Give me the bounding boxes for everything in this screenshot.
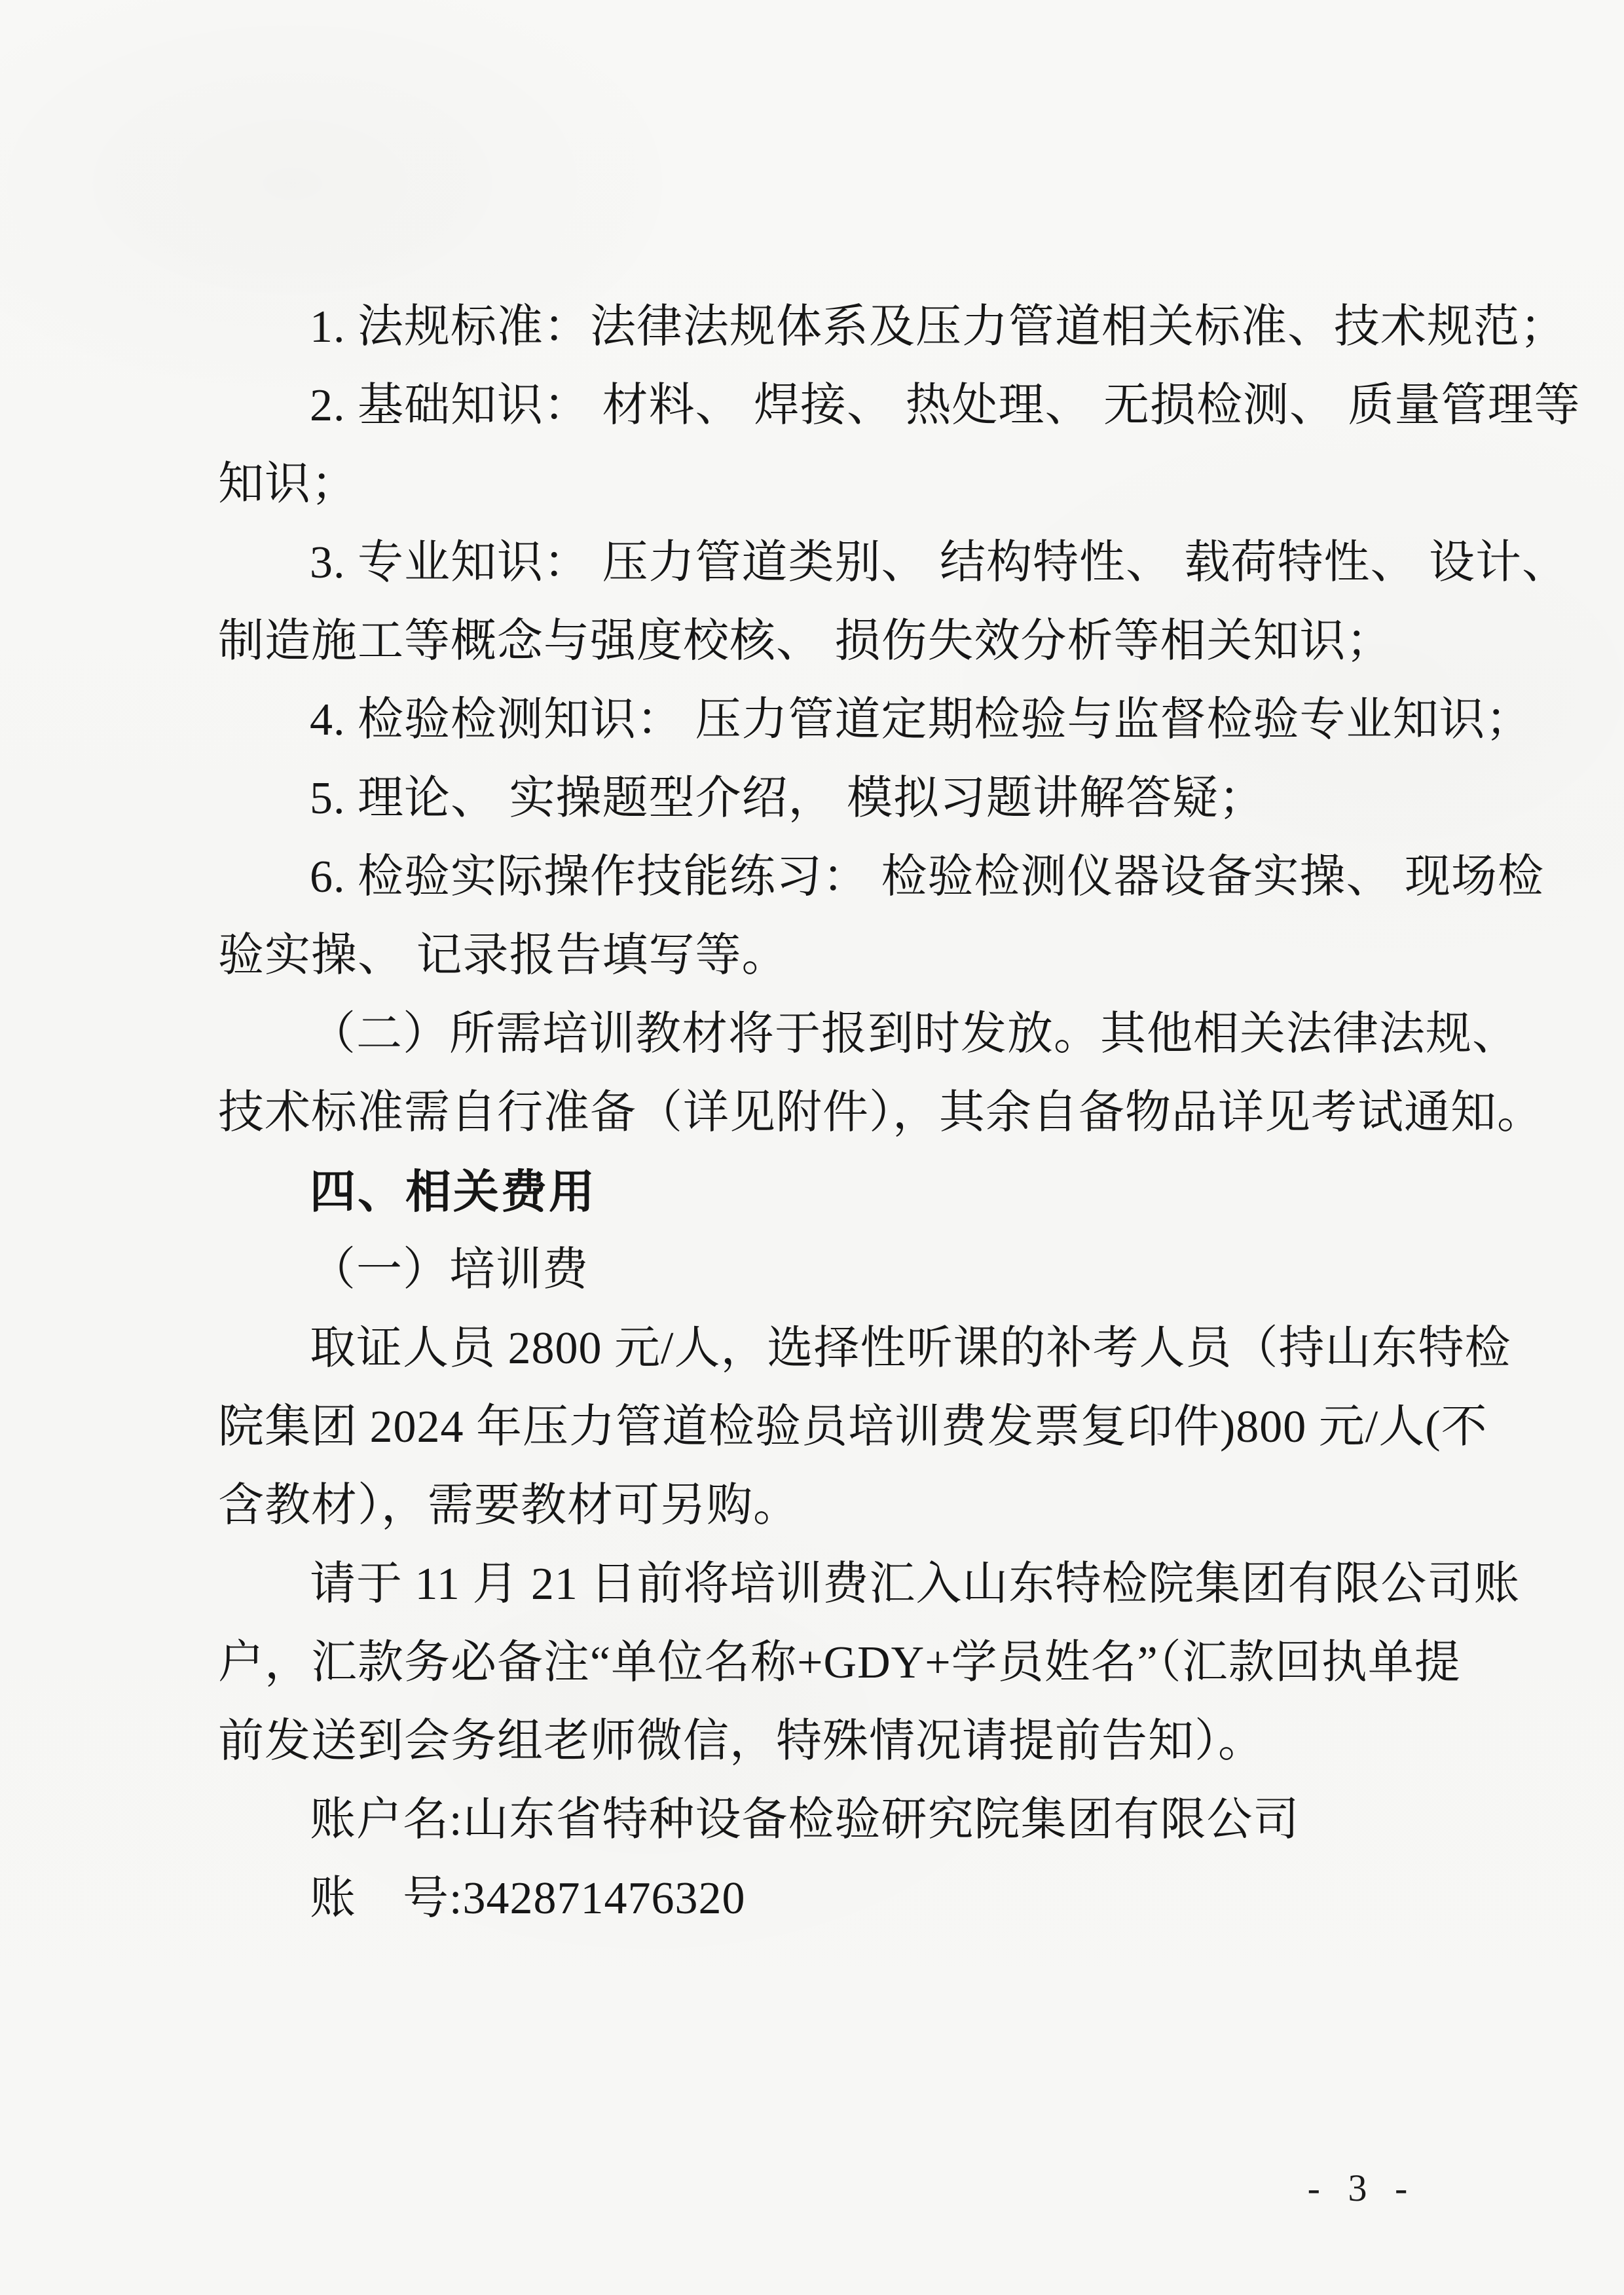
text-line: 技术标准需自行准备（详见附件），其余自备物品详见考试通知。 [218,1074,1443,1152]
account-number-line: 账 号:342871476320 [218,1860,1443,1938]
text-line: 知识； [218,445,1443,524]
text-line: 制造施工等概念与强度校核、 损伤失效分析等相关知识； [218,602,1443,681]
text-line: 3. 专业知识： 压力管道类别、 结构特性、 载荷特性、 设计、 [218,524,1443,602]
text-line: 5. 理论、 实操题型介绍， 模拟习题讲解答疑； [218,760,1443,838]
text-line: （二）所需培训教材将于报到时发放。其他相关法律法规、 [218,995,1443,1074]
account-name-line: 账户名:山东省特种设备检验研究院集团有限公司 [218,1781,1443,1860]
text-line: 含教材），需要教材可另购。 [218,1467,1443,1545]
text-line: 1. 法规标准：法律法规体系及压力管道相关标准、技术规范； [218,288,1443,367]
text-line: 院集团 2024 年压力管道检验员培训费发票复印件)800 元/人(不 [218,1388,1443,1467]
text-line: 前发送到会务组老师微信，特殊情况请提前告知）。 [218,1702,1443,1781]
text-line: 2. 基础知识： 材料、 焊接、 热处理、 无损检测、 质量管理等 [218,367,1443,445]
text-line: 请于 11 月 21 日前将培训费汇入山东特检院集团有限公司账 [218,1545,1443,1624]
page-number: - 3 - [1283,2167,1441,2209]
text-line: 验实操、 记录报告填写等。 [218,917,1443,995]
text-line: 6. 检验实际操作技能练习： 检验检测仪器设备实操、 现场检 [218,838,1443,917]
document-page: 1. 法规标准：法律法规体系及压力管道相关标准、技术规范； 2. 基础知识： 材… [0,0,1624,2295]
text-line: 4. 检验检测知识： 压力管道定期检验与监督检验专业知识； [218,681,1443,760]
subsection-heading: （一）培训费 [218,1231,1443,1310]
section-heading: 四、相关费用 [218,1152,1443,1231]
document-body: 1. 法规标准：法律法规体系及压力管道相关标准、技术规范； 2. 基础知识： 材… [218,288,1443,1938]
text-line: 取证人员 2800 元/人，选择性听课的补考人员（持山东特检 [218,1310,1443,1388]
text-line: 户，汇款务必备注“单位名称+GDY+学员姓名”（汇款回执单提 [218,1624,1443,1702]
